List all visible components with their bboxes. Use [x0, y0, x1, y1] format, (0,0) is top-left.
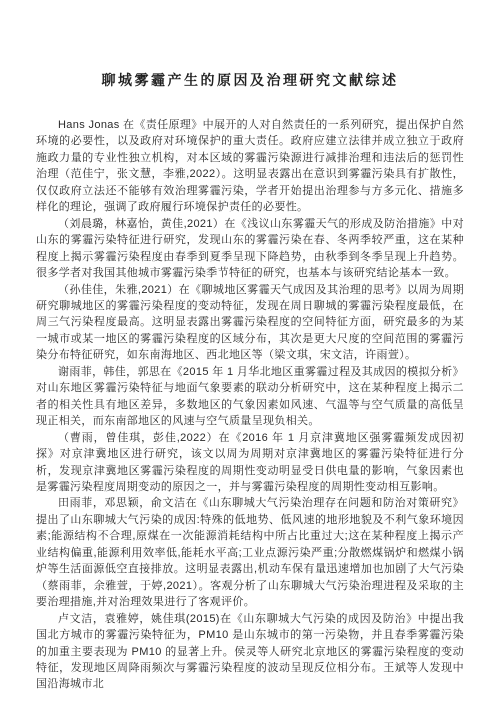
paragraph-north-china-simulation: 谢雨菲，韩佳，郭思在《2015 年 1 月华北地区重雾霾过程及其成因的模拟分析》…: [36, 364, 464, 430]
page-title: 聊城雾霾产生的原因及治理研究文献综述: [36, 70, 464, 90]
paragraph-jingjinji-causes: （曹雨，曾佳琪，彭佳,2022）在《2016 年 1 月京津冀地区强雾霾频发成因…: [36, 430, 464, 496]
document-page: 聊城雾霾产生的原因及治理研究文献综述 Hans Jonas 在《责任原理》中展开…: [0, 0, 500, 707]
paragraph-liaocheng-weekly: （孙佳佳，朱雅,2021）在《聊城地区雾霾天气成因及其治理的思考》以周为周期研究…: [36, 282, 464, 364]
paragraph-shandong-seasonal: （刘晨璐，林嘉怡，黄佳,2021）在《浅议山东雾霾天气的形成及防治措施》中对山东…: [36, 216, 464, 282]
document-body: Hans Jonas 在《责任原理》中展开的人对自然责任的一系列研究，提出保护自…: [36, 117, 464, 693]
paragraph-pm10-north-cities: 卢文洁，袁雅婷，姚佳琪(2015)在《山东聊城大气污染的成因及防治》中提出我国北…: [36, 611, 464, 693]
paragraph-liaocheng-governance: 田雨菲，邓思颖，俞文洁在《山东聊城大气污染治理存在问题和防治对策研究》提出了山东…: [36, 495, 464, 610]
paragraph-hans-jonas: Hans Jonas 在《责任原理》中展开的人对自然责任的一系列研究，提出保护自…: [36, 117, 464, 216]
